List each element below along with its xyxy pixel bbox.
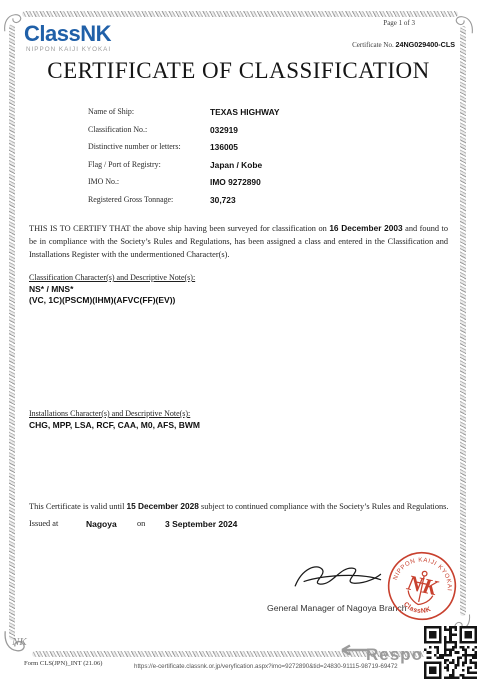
rope-border-top bbox=[22, 11, 458, 17]
classnk-stamp-icon: NIPPON KAIJI KYOKAI ClassNK NK bbox=[379, 543, 464, 628]
certificate-number: Certificate No. 24NG029400-CLS bbox=[352, 40, 455, 49]
page-number: Page 1 of 3 bbox=[383, 19, 415, 27]
response-watermark: Respon bbox=[336, 644, 434, 665]
ship-details: Name of Ship: TEXAS HIGHWAY Classificati… bbox=[88, 107, 408, 213]
detail-value: Japan / Kobe bbox=[210, 160, 262, 170]
rope-border-left bbox=[9, 24, 15, 640]
classification-heading: Classification Character(s) and Descript… bbox=[29, 273, 195, 282]
issued-at-label: Issued at bbox=[29, 519, 58, 528]
certificate-number-value: 24NG029400-CLS bbox=[395, 40, 455, 49]
validity-statement: This Certificate is valid until 15 Decem… bbox=[29, 501, 448, 511]
installations-line1: CHG, MPP, LSA, RCF, CAA, M0, AFS, BWM bbox=[29, 420, 200, 430]
issued-at-place: Nagoya bbox=[86, 519, 117, 529]
detail-label: Distinctive number or letters: bbox=[88, 142, 181, 151]
detail-value: 136005 bbox=[210, 142, 238, 152]
classnk-logo: ClassNK bbox=[24, 21, 111, 47]
document-title: CERTIFICATE OF CLASSIFICATION bbox=[0, 58, 477, 84]
signature-icon bbox=[286, 561, 388, 593]
corner-flourish-icon bbox=[453, 14, 475, 36]
classification-line1: NS* / MNS* bbox=[29, 284, 195, 294]
detail-row: Name of Ship: TEXAS HIGHWAY bbox=[88, 107, 408, 125]
footer-nk-monogram: NK bbox=[12, 636, 27, 648]
validity-text-pre: This Certificate is valid until bbox=[29, 502, 126, 511]
classification-characters: Classification Character(s) and Descript… bbox=[29, 273, 195, 305]
detail-label: Flag / Port of Registry: bbox=[88, 160, 161, 169]
form-number: Form CLS(JPN)_INT (21.06) bbox=[24, 660, 102, 667]
detail-row: Distinctive number or letters: 136005 bbox=[88, 142, 408, 160]
detail-label: Name of Ship: bbox=[88, 107, 134, 116]
installations-heading: Installations Character(s) and Descripti… bbox=[29, 409, 200, 418]
certify-text-pre: THIS IS TO CERTIFY THAT the above ship h… bbox=[29, 224, 329, 233]
detail-label: Registered Gross Tonnage: bbox=[88, 195, 173, 204]
issued-row: Issued at Nagoya on 3 September 2024 bbox=[29, 519, 329, 531]
detail-value: TEXAS HIGHWAY bbox=[210, 107, 280, 117]
validity-text-post: subject to continued compliance with the… bbox=[199, 502, 449, 511]
detail-value: 30,723 bbox=[210, 195, 236, 205]
detail-value: 032919 bbox=[210, 125, 238, 135]
corner-flourish-icon bbox=[2, 12, 24, 34]
certificate-page: ClassNK NIPPON KAIJI KYOKAI Page 1 of 3 … bbox=[0, 0, 477, 679]
certificate-number-label: Certificate No. bbox=[352, 41, 394, 49]
installations-characters: Installations Character(s) and Descripti… bbox=[29, 409, 200, 430]
survey-date: 16 December 2003 bbox=[329, 223, 402, 233]
detail-row: IMO No.: IMO 9272890 bbox=[88, 177, 408, 195]
classnk-logo-subtitle: NIPPON KAIJI KYOKAI bbox=[26, 46, 111, 53]
qr-code-icon bbox=[424, 626, 477, 679]
detail-label: Classification No.: bbox=[88, 125, 147, 134]
watermark-arrow-icon bbox=[336, 644, 370, 656]
issued-on-date: 3 September 2024 bbox=[165, 519, 237, 529]
detail-row: Registered Gross Tonnage: 30,723 bbox=[88, 195, 408, 213]
detail-row: Classification No.: 032919 bbox=[88, 125, 408, 143]
detail-row: Flag / Port of Registry: Japan / Kobe bbox=[88, 160, 408, 178]
rope-border-right bbox=[460, 26, 466, 616]
detail-label: IMO No.: bbox=[88, 177, 119, 186]
valid-until-date: 15 December 2028 bbox=[126, 501, 198, 511]
issued-on-label: on bbox=[137, 519, 145, 528]
classification-line2: (VC, 1C)(PSCM)(IHM)(AFVC(FF)(EV)) bbox=[29, 295, 195, 305]
detail-value: IMO 9272890 bbox=[210, 177, 261, 187]
certification-statement: THIS IS TO CERTIFY THAT the above ship h… bbox=[29, 222, 448, 262]
